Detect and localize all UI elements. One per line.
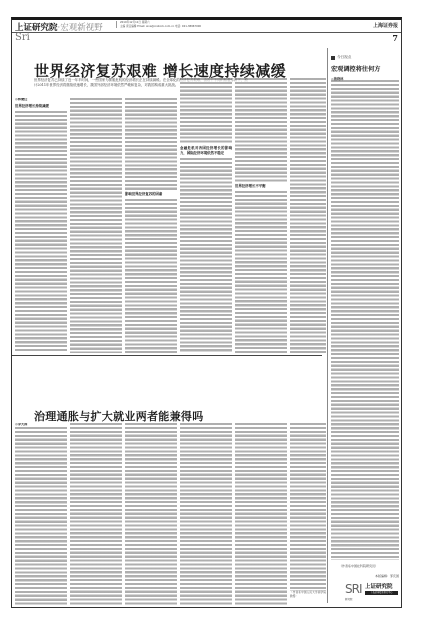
top-article-column-3: 影响世界经济复苏的因素 [125, 98, 177, 353]
bottom-article-footnote: （作者系中国人民大学商学院教授） [290, 591, 326, 599]
subhead: 金融危机对各国经济增长的影响力，国际经济环境依然不稳定 [180, 146, 232, 156]
subhead: 影响世界经济复苏的因素 [125, 192, 177, 197]
masthead-rule [12, 32, 401, 33]
bottom-article-column-6: （作者系中国人民大学商学院教授） [290, 423, 326, 606]
logo-small-text: 研究院 [345, 597, 353, 601]
logo-tagline: 上海证券报社研究中心 [365, 591, 398, 595]
top-article-column-5: 世界经济增长不平衡 [235, 78, 287, 353]
body-text [70, 98, 122, 353]
body-text [331, 80, 399, 560]
bottom-article-column-5 [235, 423, 287, 606]
body-text [125, 199, 177, 353]
bottom-article-column-3 [125, 423, 177, 606]
sidebar-rule [327, 48, 328, 603]
body-text [235, 191, 287, 353]
logo-name: 上证研究院 [365, 582, 393, 590]
logo-letters: SRI [345, 582, 362, 596]
body-text [290, 78, 326, 353]
sri-logo: SRI 上证研究院 上海证券报社研究中心 研究院 [345, 580, 400, 606]
paper-name: 上海证券报 [373, 22, 398, 29]
body-text [15, 427, 67, 606]
body-text [125, 423, 177, 606]
section-divider [12, 355, 322, 356]
bottom-article-headline: 治理通胀与扩大就业两者能兼得吗 [34, 408, 204, 424]
sidebar-note: （作者系中国社科院研究员） [339, 564, 378, 568]
sidebar-title: 宏观调控将往何方 [331, 64, 403, 73]
body-text [15, 111, 67, 353]
body-text [235, 78, 287, 182]
tag-square-icon [331, 56, 335, 60]
top-article-byline: ◎林聚任 [15, 98, 67, 102]
sidebar-column: 今日视点 宏观调控将往何方 ◎施晓林 （作者系中国社科院研究员） 本版编辑：邹庆… [331, 50, 403, 590]
issue-info: 2010年12月11日 星期六 主编 责任编辑 Email: sina@cnst… [116, 21, 201, 28]
bottom-article-column-2 [70, 423, 122, 606]
subhead: 世界经济增长不平衡 [235, 184, 287, 189]
top-article-column-1: ◎林聚任 世界经济增长持续减缓 [15, 98, 67, 353]
body-text [235, 423, 287, 606]
top-article-column-2 [70, 98, 122, 353]
subhead: 世界经济增长持续减缓 [15, 104, 67, 109]
body-text [180, 78, 232, 144]
masthead: 上证研究院·宏观新视野 2010年12月11日 星期六 主编 责任编辑 Emai… [12, 20, 401, 46]
editor-contact: 主编 责任编辑 Email: sina@cnstock.com.cn 电话: 0… [120, 25, 201, 29]
sri-wordmark: Sri [15, 32, 30, 43]
body-text [70, 423, 122, 606]
top-article-column-4: 金融危机对各国经济增长的影响力，国际经济环境依然不稳定 [180, 78, 232, 353]
page-number: 7 [392, 33, 398, 43]
sidebar-tag: 今日视点 [331, 55, 403, 60]
sidebar-body [331, 80, 399, 560]
sidebar-tag-label: 今日视点 [337, 55, 351, 60]
body-text [180, 158, 232, 353]
bottom-article-column-4 [180, 423, 232, 606]
top-article-column-6 [290, 78, 326, 353]
editor-signature: 本版编辑：邹庆国 [375, 574, 399, 578]
body-text [125, 98, 177, 190]
body-text [180, 423, 232, 606]
bottom-article-column-1: ◎李天国 [15, 423, 67, 606]
body-text [290, 423, 326, 591]
newspaper-page: 上证研究院·宏观新视野 2010年12月11日 星期六 主编 责任编辑 Emai… [11, 17, 402, 608]
